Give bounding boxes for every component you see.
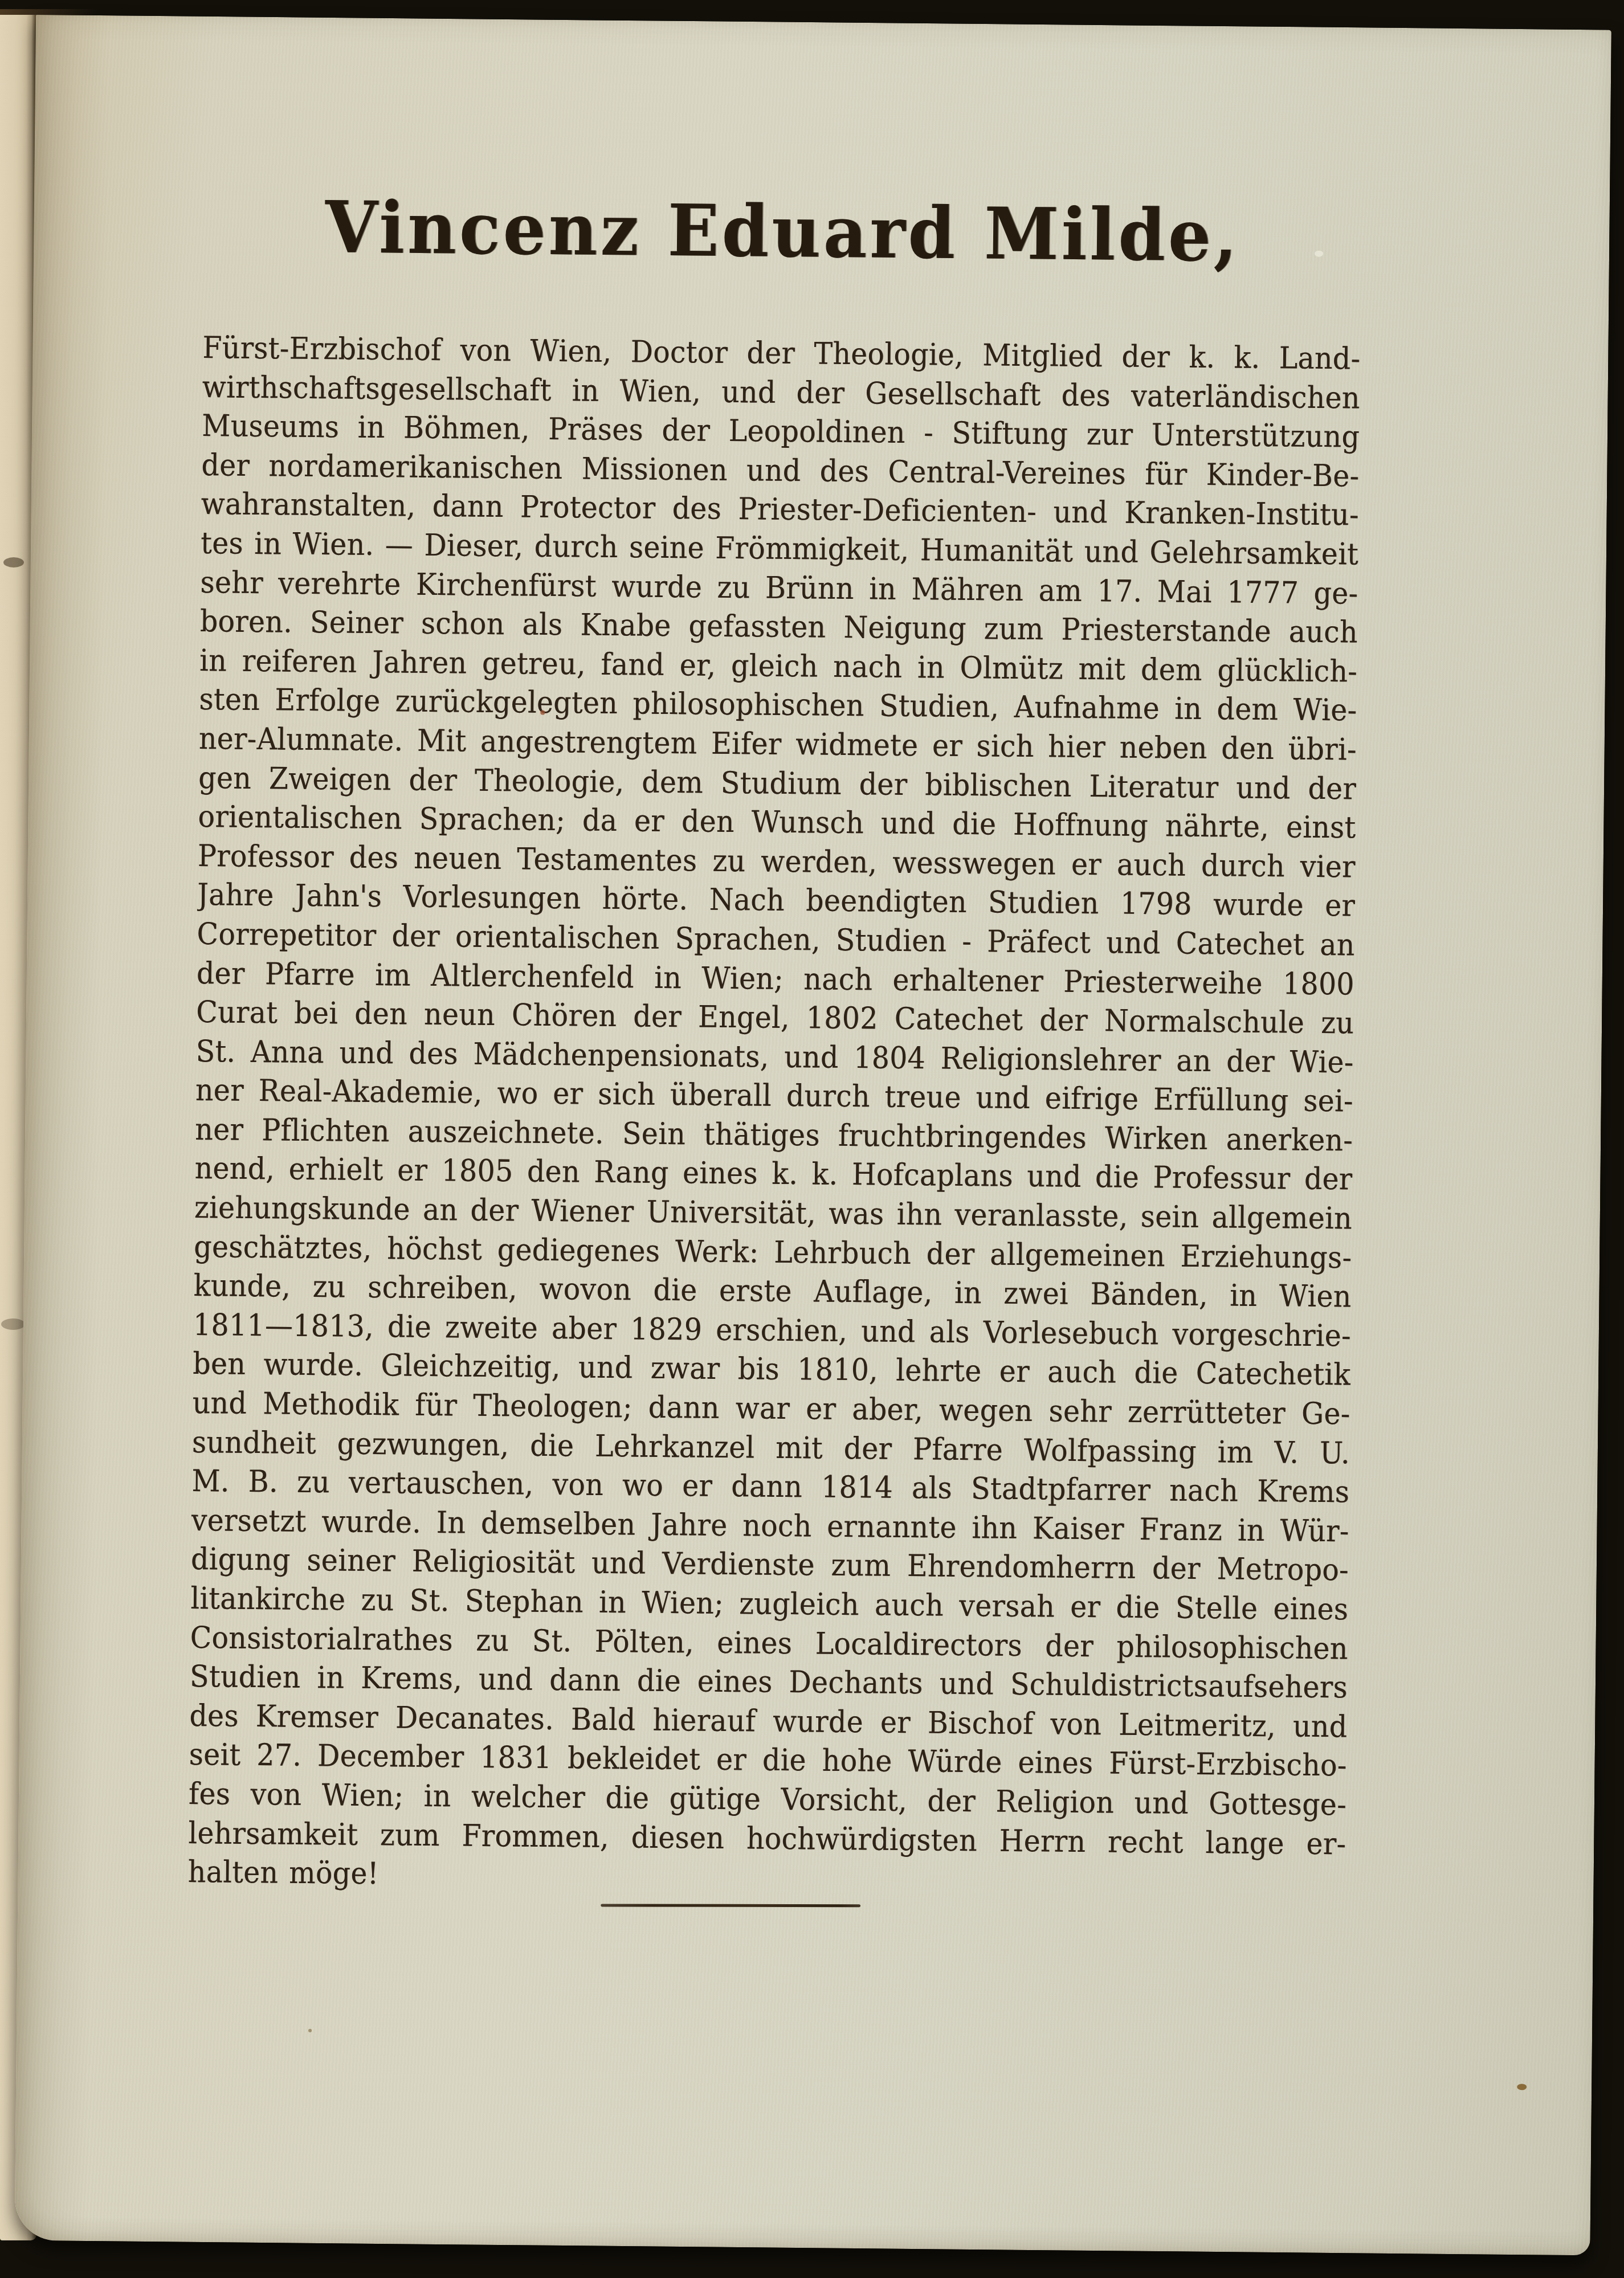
paper-speck [540, 711, 545, 715]
paper-speck [1315, 251, 1323, 257]
page-title: Vincenz Eduard Milde, [203, 178, 1362, 285]
scan-background: { "page": { "title": "Vincenz Eduard Mil… [0, 0, 1624, 2278]
body-text: Fürst-Erzbischof von Wien, Doctor der Th… [187, 329, 1360, 1903]
divider-rule [601, 1904, 860, 1907]
page: Vincenz Eduard Milde, Fürst-Erzbischof v… [15, 15, 1611, 2255]
paper-notch [1, 1318, 25, 1330]
paper-speck [308, 2029, 312, 2032]
paper-speck [1517, 2084, 1527, 2090]
paper-notch [3, 557, 24, 568]
